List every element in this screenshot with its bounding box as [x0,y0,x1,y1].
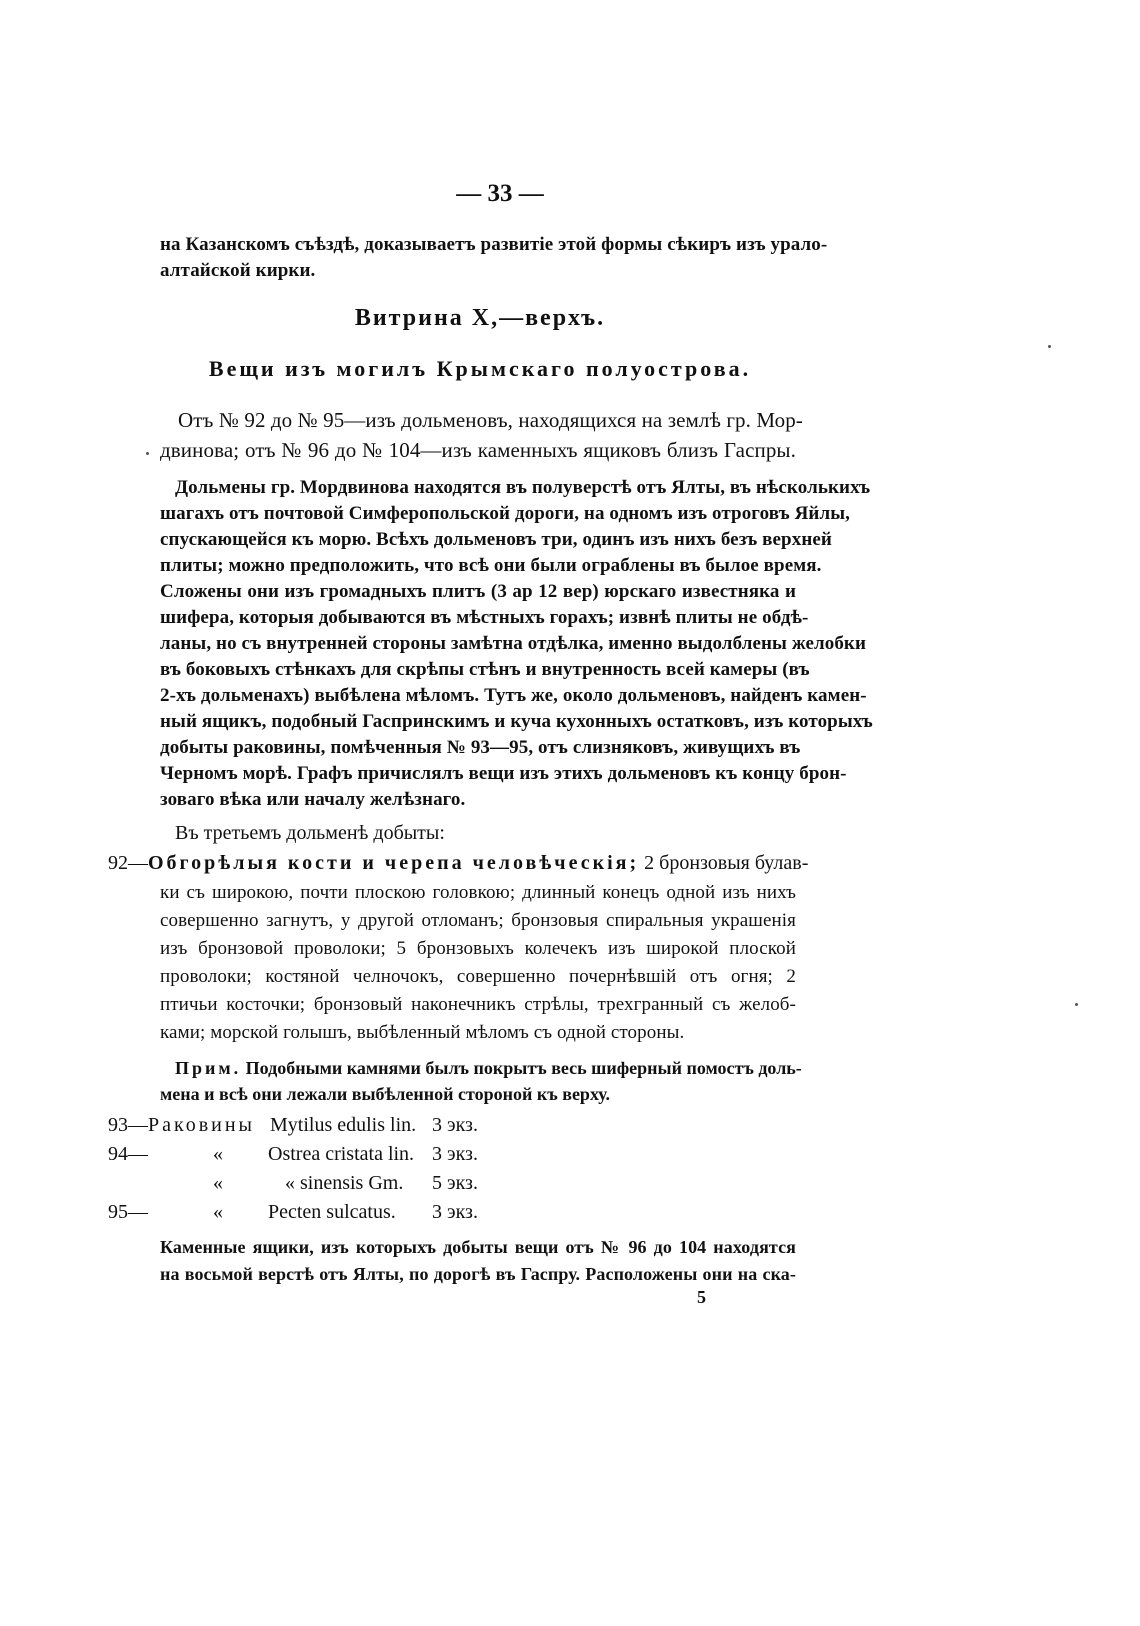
intro-line-2: алтайской кирки. [160,258,820,284]
shell-number-94: 94— [108,1143,148,1166]
shell-count-95: 3 экз. [432,1201,478,1224]
shell-number-95: 95— [108,1201,148,1224]
description-line-3: спускающейся къ морю. Всѣхъ дольменовъ т… [160,527,796,553]
description-line-9: 2-хъ дольменахъ) выбѣлена мѣломъ. Тутъ ж… [160,683,796,709]
document-page: — 33 — на Казанскомъ съѣздѣ, доказываетъ… [0,0,1140,1626]
intro-line-1: на Казанскомъ съѣздѣ, доказываетъ развит… [160,232,820,258]
item-92-line-3: совершенно загнутъ, у другой отломанъ; б… [160,908,796,934]
signature-mark: 5 [697,1287,706,1308]
description-line-4: плиты; можно предположить, что всѣ они б… [160,553,796,579]
print-speck [1075,1003,1078,1006]
shell-genus-ditto-94b: « [213,1172,223,1195]
print-speck [146,452,149,455]
shell-species-94b: « sinensis Gm. [285,1172,403,1195]
item-92-text: 2 бронзовыя булав- [639,852,808,874]
third-dolmen-intro: Въ третьемъ дольменѣ добыты: [175,822,445,845]
description-line-10: ный ящикъ, подобный Гаспринскимъ и куча … [160,709,796,735]
description-line-13: зоваго вѣка или началу желѣзнаго. [160,787,796,813]
print-speck [1048,345,1051,348]
description-line-5: Сложены они изъ громадныхъ плитъ (3 ар 1… [160,579,796,605]
note-label: Прим. [175,1058,241,1078]
shell-species-93: Mytilus edulis lin. [270,1114,416,1137]
description-line-6: шифера, которыя добываются въ мѣстныхъ г… [160,605,796,631]
numbers-line-2: двинова; отъ № 96 до № 104—изъ каменныхъ… [160,437,796,463]
shell-count-94: 3 экз. [432,1143,478,1166]
item-92-first-line: 92—Обгорѣлыя кости и черепа человѣческія… [108,852,798,875]
closing-line-2: на восьмой верстѣ отъ Ялты, по дорогѣ въ… [160,1261,796,1287]
item-92-title: Обгорѣлыя кости и черепа человѣческія; [148,852,639,874]
description-line-2: шагахъ отъ почтовой Симферопольской доро… [160,501,796,527]
page-number: — 33 — [0,180,1000,208]
shell-row-93: 93—Раковины [108,1114,255,1137]
item-92-line-7: ками; морской голышъ, выбѣленный мѣломъ … [160,1020,796,1046]
item-92-line-5: проволоки; костяной челночокъ, совершенн… [160,964,796,990]
description-line-1: Дольмены гр. Мордвинова находятся въ пол… [175,475,795,501]
shell-genus-ditto-94: « [213,1143,223,1166]
shell-species-94: Ostrea cristata lin. [268,1143,414,1166]
numbers-line-1: Отъ № 92 до № 95—изъ дольменовъ, находящ… [178,407,796,433]
section-heading: Витрина X,—верхъ. [0,305,960,332]
description-line-12: Черномъ морѣ. Графъ причислялъ вещи изъ … [160,761,796,787]
shell-genus: Раковины [148,1114,255,1136]
item-92-line-6: птичьи косточки; бронзовый наконечникъ с… [160,992,796,1018]
description-line-7: ланы, но съ внутренней стороны замѣтна о… [160,631,796,657]
description-line-8: въ боковыхъ стѣнкахъ для скрѣпы стѣнъ и … [160,657,796,683]
shell-species-95: Pecten sulcatus. [268,1201,396,1224]
item-92-number: 92— [108,852,148,874]
note-line-2: мена и всѣ они лежали выбѣленной стороно… [160,1084,610,1105]
shell-count-94b: 5 экз. [432,1172,478,1195]
section-subheading: Вещи изъ могилъ Крымскаго полуострова. [0,356,960,382]
shell-count-93: 3 экз. [432,1114,478,1137]
shell-number: 93— [108,1114,148,1136]
shell-genus-ditto-95: « [213,1201,223,1224]
description-line-11: добыты раковины, помѣченныя № 93—95, отъ… [160,735,796,761]
note-text: Подобными камнями былъ покрытъ весь шифе… [241,1058,802,1078]
note-first-line: Прим. Подобными камнями былъ покрытъ вес… [175,1058,802,1079]
item-92-line-2: ки съ широкою, почти плоскою головкою; д… [160,880,796,906]
closing-line-1: Каменные ящики, изъ которыхъ добыты вещи… [160,1234,796,1260]
item-92-line-4: изъ бронзовой проволоки; 5 бронзовыхъ ко… [160,936,796,962]
